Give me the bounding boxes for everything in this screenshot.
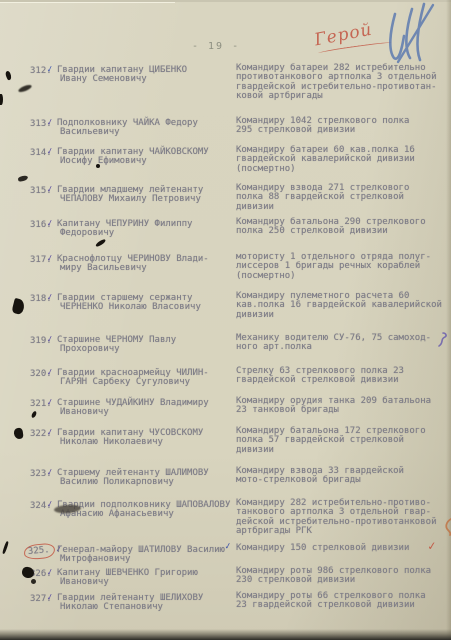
checkmark-icon: ✓ xyxy=(46,116,55,128)
checkmark-icon: ✓ xyxy=(46,217,55,229)
recipient-line: Ивану Семеновичу xyxy=(57,75,187,84)
checkmark-icon: ✓ xyxy=(46,63,55,75)
checkmark-icon: ✓ xyxy=(46,466,55,478)
scan-scratch-line xyxy=(0,2,175,3)
recipient-line: Иосифу Ефимовичу xyxy=(57,157,209,166)
recipient-column: Гвардии красноармейцу ЧИЛИН-ГАРЯН Сарбек… xyxy=(57,369,209,388)
checkmark-icon: ✓ xyxy=(46,252,55,264)
position-line: Командиру 150 стрелковой дивизии xyxy=(236,544,409,553)
position-line: 23 танковой бригады xyxy=(236,406,431,415)
position-column: Стрелку 63 стрелкового полка 23гвардейск… xyxy=(236,367,404,386)
position-line: ного арт.полка xyxy=(236,343,431,352)
position-line: мото-стрелковой бригады xyxy=(236,476,404,485)
position-line: гвардейской стрелковой дивизии xyxy=(236,376,404,385)
position-column: Командиру батальона 172 стрелковогополка… xyxy=(236,427,426,455)
recipient-line: Василию Поликарповичу xyxy=(57,478,209,487)
recipient-column: Капитану ШЕВЧЕНКО ГригориюИвановичу xyxy=(57,569,198,588)
position-column: Командиру взвода 33 гвардейскоймото-стре… xyxy=(236,467,404,486)
position-column: Командиру 282 истребительно-противо-танк… xyxy=(236,499,436,537)
position-line: дивизии xyxy=(236,203,409,212)
recipient-line: Ивановичу xyxy=(57,578,198,587)
position-column: Командиру 150 стрелковой дивизии xyxy=(236,544,409,553)
entry-number-circled: 325. xyxy=(23,543,55,561)
blue-checkmark: ✓ xyxy=(224,541,232,553)
recipient-line: Афанасию Афанасьевичу xyxy=(57,510,230,519)
red-checkmark: ✓ xyxy=(427,539,436,555)
scan-right-shadow xyxy=(446,0,451,640)
position-column: Командиру батареи 282 истребительнопроти… xyxy=(236,64,436,102)
recipient-line: ЧЕПАЛОВУ Михаилу Петровичу xyxy=(57,195,203,204)
ink-smudge xyxy=(18,175,29,182)
position-line: дивизии xyxy=(236,311,442,320)
ink-dash xyxy=(95,238,106,247)
position-line: 295 стрелковой дивизии xyxy=(236,126,409,135)
ink-dot xyxy=(96,164,100,168)
recipient-column: Генерал-майору ШАТИЛОВУ ВасилиюМитрофано… xyxy=(57,546,225,565)
ink-blot xyxy=(13,427,23,439)
orange-edge-mark xyxy=(444,518,451,536)
checkmark-icon: ✓ xyxy=(46,591,55,603)
position-column: мотористу 1 отдельного отряда полуг-лисс… xyxy=(236,253,431,281)
recipient-line: Прохоровичу xyxy=(57,345,176,354)
position-column: Командиру 1042 стрелкового полка295 стре… xyxy=(236,117,409,136)
ink-dot xyxy=(31,411,37,419)
recipient-column: Старшине ЧЕРНОМУ ПавлуПрохоровичу xyxy=(57,336,176,355)
pen-stroke xyxy=(2,541,9,554)
position-line: дивизии xyxy=(236,446,426,455)
checkmark-icon: ✓ xyxy=(46,333,55,345)
checkmark-icon: ✓ xyxy=(46,291,55,303)
recipient-column: Подполковнику ЧАЙКА ФедоруВасильевичу xyxy=(57,119,198,138)
position-line: 23 гвардейской стрелковой дивизии xyxy=(236,601,426,610)
purple-margin-squiggle xyxy=(437,332,449,348)
scan-bottom-shadow xyxy=(0,629,451,640)
position-line: артбригады РГК xyxy=(236,527,436,536)
position-column: Механику водителю СУ-76, 75 самоход-ного… xyxy=(236,334,431,353)
position-column: Командиру батареи 60 кав.полка 16гвардей… xyxy=(236,146,415,174)
position-column: Командиру орудия танка 209 батальона23 т… xyxy=(236,397,431,416)
recipient-column: Гвардии младшему лейтенантуЧЕПАЛОВУ Миха… xyxy=(57,186,203,205)
recipient-column: Гвардии лейтенанту ШЕЛИХОВУНиколаю Степа… xyxy=(57,594,203,613)
position-line: (посмертно) xyxy=(236,272,431,281)
recipient-column: Гвардии капитану ЧАЙКОВСКОМУИосифу Ефимо… xyxy=(57,148,209,167)
checkmark-icon: ✓ xyxy=(46,145,55,157)
position-column: Командиру роты 66 стрелкового полка23 гв… xyxy=(236,592,426,611)
recipient-column: Краснофлотцу ЧЕРИНОВУ Влади-миру Василье… xyxy=(57,255,209,274)
position-column: Командиру роты 986 стрелкового полка230 … xyxy=(236,567,431,586)
checkmark-icon: ✓ xyxy=(46,566,55,578)
recipient-column: Гвардии капитану ЧУСОВСКОМУНиколаю Никол… xyxy=(57,429,203,448)
recipient-line: Николаю Степановичу xyxy=(57,603,203,612)
position-line: ковой артбригады xyxy=(236,92,436,101)
position-line: полка 250 стрелковой дивизии xyxy=(236,227,426,236)
position-line: (посмертно) xyxy=(236,165,415,174)
ink-blot xyxy=(0,94,3,105)
recipient-column: Гвардии старшему сержантуЧЕРНЕНКО Никола… xyxy=(57,294,201,313)
position-column: Командиру пулеметного расчета 60кав.полк… xyxy=(236,292,442,320)
position-line: 230 стрелковой дивизии xyxy=(236,576,431,585)
checkmark-icon: ✓ xyxy=(46,183,55,195)
recipient-line: Васильевичу xyxy=(57,128,198,137)
position-column: Командиру взвода 271 стрелковогополка 88… xyxy=(236,184,409,212)
ink-blot xyxy=(4,70,12,80)
ink-dot xyxy=(31,579,36,584)
scanned-decree-page: - 19 - Герой 312.✓Гвардии капитану ЦИБЕН… xyxy=(0,0,451,640)
recipient-column: Гвардии капитану ЦИБЕНКОИвану Семеновичу xyxy=(57,66,187,85)
recipient-line: Федоровичу xyxy=(57,229,192,238)
recipient-column: Старшине ЧУДАЙКИНУ ВладимируИвановичу xyxy=(57,399,209,418)
recipient-line: миру Васильевичу xyxy=(57,264,209,273)
ink-blot xyxy=(11,298,25,315)
recipient-column: Капитану ЧЕПУРИНУ ФилиппуФедоровичу xyxy=(57,220,192,239)
checkmark-icon: ✓ xyxy=(46,366,55,378)
recipient-line: ЧЕРНЕНКО Николаю Власовичу xyxy=(57,303,201,312)
recipient-column: Старшему лейтенанту ШАЛИМОВУВасилию Поли… xyxy=(57,469,209,488)
checkmark-icon: ✓ xyxy=(46,396,55,408)
ink-smudge xyxy=(18,84,33,94)
page-number: - 19 - xyxy=(192,41,240,52)
recipient-column: Гвардии подполковнику ШАПОВАЛОВУАфанасию… xyxy=(57,501,230,520)
recipient-line: Николаю Николаевичу xyxy=(57,438,203,447)
recipient-line: Ивановичу xyxy=(57,408,209,417)
checkmark-icon: ✓ xyxy=(46,426,55,438)
recipient-line: ГАРЯН Сарбеку Сугуловичу xyxy=(57,378,209,387)
position-column: Командиру батальона 290 стрелковогополка… xyxy=(236,218,426,237)
recipient-line: Митрофановичу xyxy=(57,555,225,564)
